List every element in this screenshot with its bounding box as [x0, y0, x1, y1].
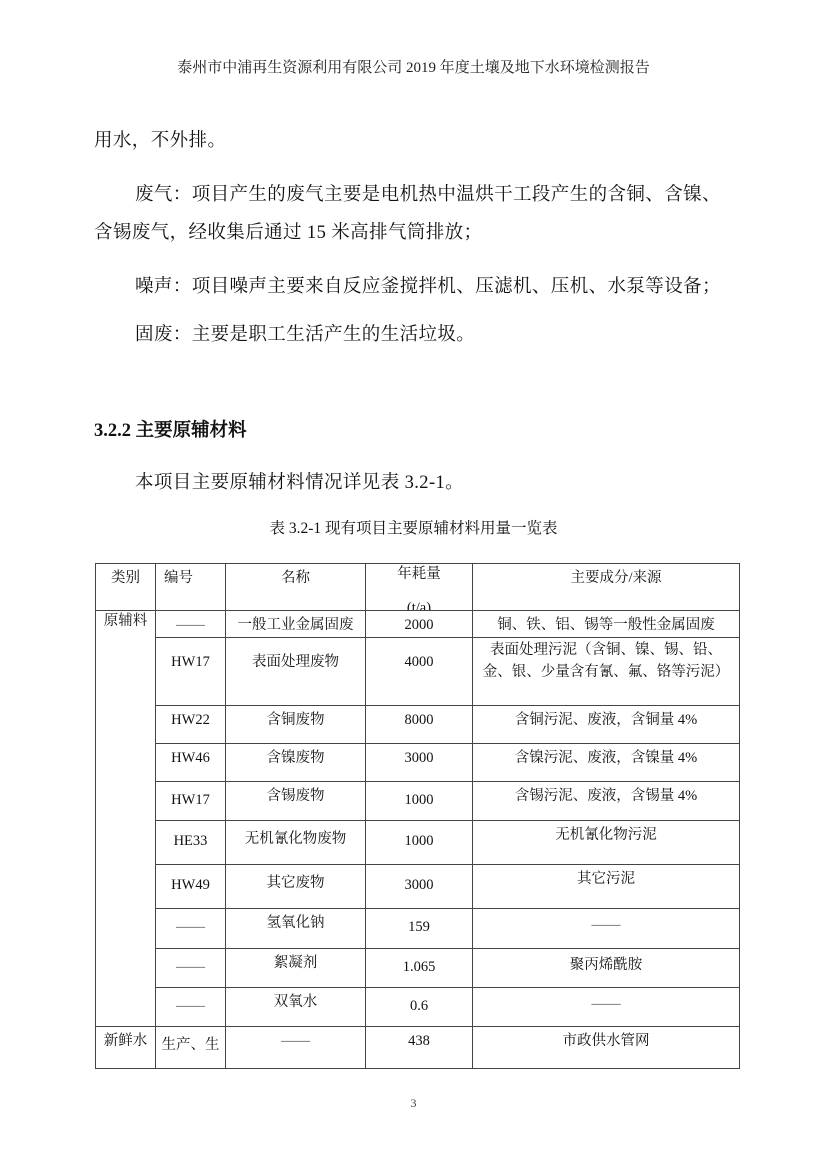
composition-cell: ——: [473, 909, 740, 949]
annual-use-cell: 1000: [366, 782, 473, 821]
table-header-row: 类别 编号 名称 年耗量 (t/a) 主要成分/来源: [96, 564, 740, 611]
code-cell: HW17: [156, 782, 226, 821]
composition-cell: 含锡污泥、废液，含锡量 4%: [473, 782, 740, 821]
annual-use-cell: 438: [366, 1027, 473, 1069]
paragraph-noise: 噪声：项目噪声主要来自反应釜搅拌机、压滤机、压机、水泵等设备；: [135, 272, 721, 298]
annual-use-cell: 2000: [366, 611, 473, 638]
paragraph-solid-waste: 固废：主要是职工生活产生的生活垃圾。: [135, 320, 475, 346]
name-cell: 含镍废物: [226, 744, 366, 782]
table-caption: 表 3.2-1 现有项目主要原辅材料用量一览表: [0, 516, 827, 538]
page-header: 泰州市中浦再生资源利用有限公司 2019 年度土壤及地下水环境检测报告: [0, 56, 827, 77]
name-cell: 含锡废物: [226, 782, 366, 821]
name-cell: 其它废物: [226, 865, 366, 909]
materials-table: 类别 编号 名称 年耗量 (t/a) 主要成分/来源 原辅料 —— 一般工业金属…: [95, 563, 740, 1069]
category-cell: 新鲜水: [96, 1027, 156, 1069]
name-cell: 絮凝剂: [226, 949, 366, 988]
paragraph-waste-gas: 废气：项目产生的废气主要是电机热中温烘干工段产生的含铜、含镍、: [135, 180, 721, 206]
table-row: —— 氢氧化钠 159 ——: [96, 909, 740, 949]
code-cell: HW22: [156, 706, 226, 744]
code-cell: HW46: [156, 744, 226, 782]
name-cell: 表面处理废物: [226, 638, 366, 706]
annual-use-cell: 3000: [366, 744, 473, 782]
table-row: HW22 含铜废物 8000 含铜污泥、废液，含铜量 4%: [96, 706, 740, 744]
table-row: 原辅料 —— 一般工业金属固废 2000 铜、铁、铝、锡等一般性金属固废: [96, 611, 740, 638]
name-cell: 无机氰化物废物: [226, 821, 366, 865]
header-code: 编号: [156, 564, 226, 611]
table-row: HW46 含镍废物 3000 含镍污泥、废液，含镍量 4%: [96, 744, 740, 782]
table-row: 新鲜水 生产、生 —— 438 市政供水管网: [96, 1027, 740, 1069]
code-cell: ——: [156, 611, 226, 638]
code-cell: 生产、生: [156, 1027, 226, 1069]
page-number: 3: [0, 1096, 827, 1111]
table-row: HW17 含锡废物 1000 含锡污泥、废液，含锡量 4%: [96, 782, 740, 821]
section-heading: 3.2.2 主要原辅材料: [94, 416, 247, 442]
annual-use-cell: 1000: [366, 821, 473, 865]
name-cell: ——: [226, 1027, 366, 1069]
code-cell: HW49: [156, 865, 226, 909]
intro-paragraph: 本项目主要原辅材料情况详见表 3.2-1。: [135, 468, 464, 494]
composition-cell: ——: [473, 988, 740, 1027]
annual-use-cell: 1.065: [366, 949, 473, 988]
header-annual-use: 年耗量 (t/a): [366, 564, 473, 611]
table-row: —— 双氧水 0.6 ——: [96, 988, 740, 1027]
annual-use-cell: 8000: [366, 706, 473, 744]
header-composition: 主要成分/来源: [473, 564, 740, 611]
code-cell: HW17: [156, 638, 226, 706]
header-category: 类别: [96, 564, 156, 611]
composition-cell: 无机氰化物污泥: [473, 821, 740, 865]
annual-use-cell: 4000: [366, 638, 473, 706]
paragraph-wastewater-end: 用水，不外排。: [94, 126, 226, 152]
code-cell: ——: [156, 949, 226, 988]
table-row: HW17 表面处理废物 4000 表面处理污泥（含铜、镍、锡、铅、 金、银、少量…: [96, 638, 740, 706]
name-cell: 双氧水: [226, 988, 366, 1027]
annual-use-cell: 3000: [366, 865, 473, 909]
header-name: 名称: [226, 564, 366, 611]
annual-use-cell: 159: [366, 909, 473, 949]
name-cell: 一般工业金属固废: [226, 611, 366, 638]
composition-cell: 铜、铁、铝、锡等一般性金属固废: [473, 611, 740, 638]
composition-cell: 聚丙烯酰胺: [473, 949, 740, 988]
composition-cell: 表面处理污泥（含铜、镍、锡、铅、 金、银、少量含有氰、氟、铬等污泥）: [473, 638, 740, 706]
annual-use-cell: 0.6: [366, 988, 473, 1027]
composition-cell: 含镍污泥、废液，含镍量 4%: [473, 744, 740, 782]
composition-cell: 市政供水管网: [473, 1027, 740, 1069]
code-cell: ——: [156, 909, 226, 949]
name-cell: 含铜废物: [226, 706, 366, 744]
table-row: HW49 其它废物 3000 其它污泥: [96, 865, 740, 909]
name-cell: 氢氧化钠: [226, 909, 366, 949]
code-cell: ——: [156, 988, 226, 1027]
table-row: HE33 无机氰化物废物 1000 无机氰化物污泥: [96, 821, 740, 865]
category-cell: 原辅料: [96, 611, 156, 1027]
code-cell: HE33: [156, 821, 226, 865]
composition-cell: 其它污泥: [473, 865, 740, 909]
composition-cell: 含铜污泥、废液，含铜量 4%: [473, 706, 740, 744]
table-row: —— 絮凝剂 1.065 聚丙烯酰胺: [96, 949, 740, 988]
paragraph-waste-gas-cont: 含锡废气，经收集后通过 15 米高排气筒排放；: [94, 218, 482, 244]
